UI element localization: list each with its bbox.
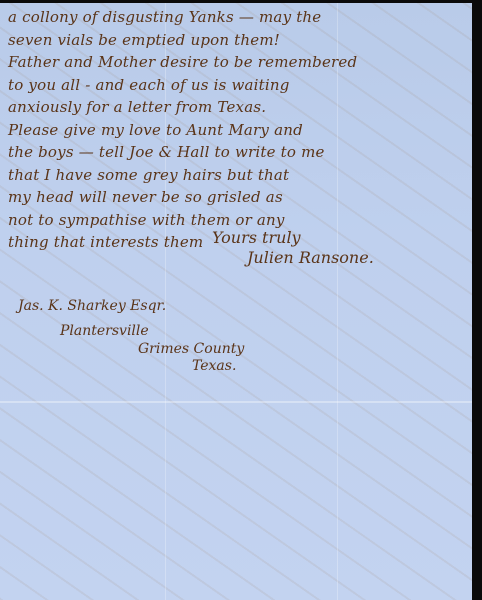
address-recipient: Jas. K. Sharkey Esqr.: [18, 295, 166, 318]
body-line: my head will never be so grisled as: [8, 186, 357, 209]
letter-page: a collony of disgusting Yanks — may the …: [0, 3, 472, 600]
body-line: that I have some grey hairs but that: [8, 164, 357, 187]
letter-signature: Julien Ransone.: [247, 247, 374, 270]
body-line: not to sympathise with them or any: [8, 209, 357, 232]
body-line: to you all - and each of us is waiting: [8, 74, 357, 97]
body-line: seven vials be emptied upon them!: [8, 29, 357, 52]
body-line: Father and Mother desire to be remembere…: [8, 51, 357, 74]
letter-body: a collony of disgusting Yanks — may the …: [8, 6, 357, 254]
body-line: Please give my love to Aunt Mary and: [8, 119, 357, 142]
address-state: Texas.: [192, 355, 236, 378]
body-line: a collony of disgusting Yanks — may the: [8, 6, 357, 29]
address-town: Plantersville: [60, 320, 149, 343]
body-line: the boys — tell Joe & Hall to write to m…: [8, 141, 357, 164]
body-line: anxiously for a letter from Texas.: [8, 96, 357, 119]
paper-fold-horizontal: [0, 401, 472, 403]
